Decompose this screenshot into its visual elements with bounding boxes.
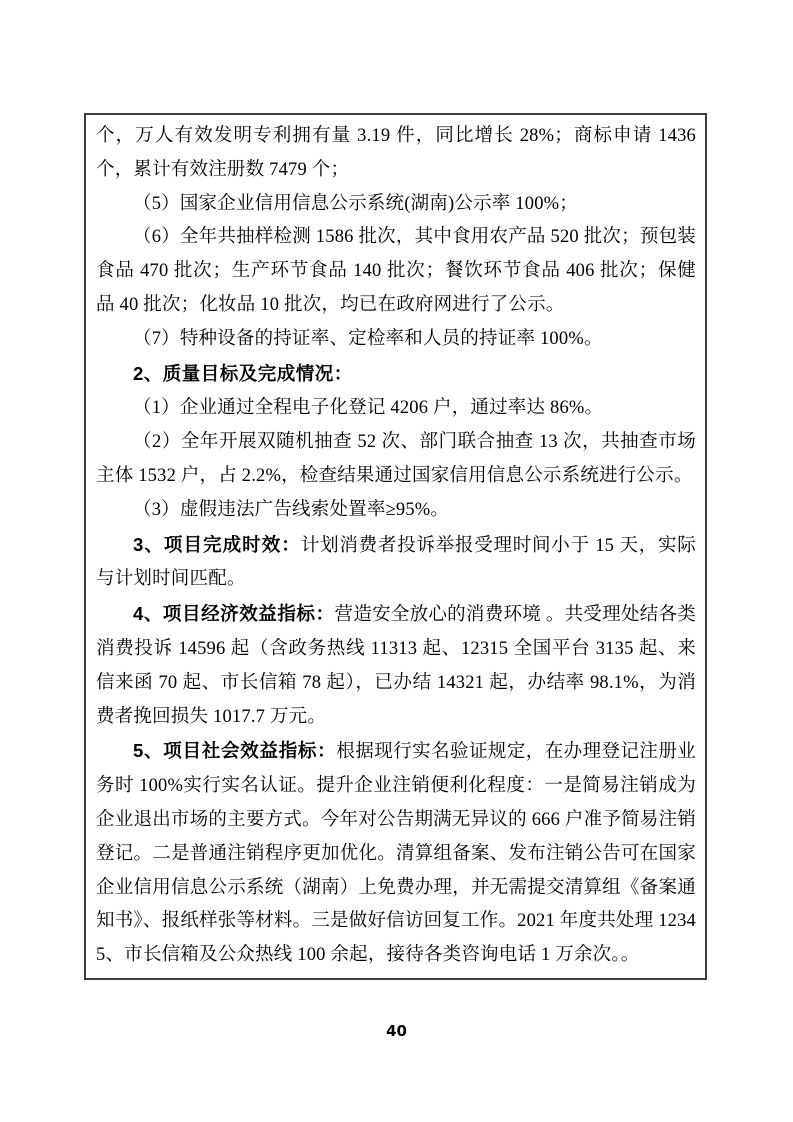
paragraph: 个，万人有效发明专利拥有量 3.19 件，同比增长 28%；商标申请 1436 … — [96, 120, 696, 188]
paragraph: 5、项目社会效益指标：根据现行实名验证规定，在办理登记注册业务时 100%实行实… — [96, 734, 696, 973]
paragraph-heading: 3、项目完成时效： — [133, 534, 301, 555]
document-page: 个，万人有效发明专利拥有量 3.19 件，同比增长 28%；商标申请 1436 … — [0, 0, 793, 1122]
paragraph: （5）国家企业信用信息公示系统(湖南)公示率 100%； — [96, 188, 696, 222]
paragraph: （6）全年共抽样检测 1586 批次，其中食用农产品 520 批次；预包装食品 … — [96, 221, 696, 322]
paragraph: （2）全年开展双随机抽查 52 次、部门联合抽查 13 次，共抽查市场主体 15… — [96, 426, 696, 494]
paragraph-heading: 5、项目社会效益指标： — [133, 740, 336, 761]
content-box: 个，万人有效发明专利拥有量 3.19 件，同比增长 28%；商标申请 1436 … — [84, 113, 707, 980]
paragraph: （7）特种设备的持证率、定检率和人员的持证率 100%。 — [96, 323, 696, 357]
paragraph: （1）企业通过全程电子化登记 4206 户，通过率达 86%。 — [96, 392, 696, 426]
page-number: 40 — [0, 1022, 793, 1040]
paragraph: 3、项目完成时效：计划消费者投诉举报受理时间小于 15 天，实际与计划时间匹配。 — [96, 528, 696, 598]
paragraph: 4、项目经济效益指标：营造安全放心的消费环境 。共受理处结各类消费投诉 1459… — [96, 597, 696, 734]
paragraph-heading: 4、项目经济效益指标： — [133, 603, 335, 624]
paragraph: （3）虚假违法广告线索处置率≥95%。 — [96, 494, 696, 528]
paragraph-heading: 2、质量目标及完成情况： — [133, 363, 353, 384]
paragraph: 2、质量目标及完成情况： — [96, 357, 696, 393]
